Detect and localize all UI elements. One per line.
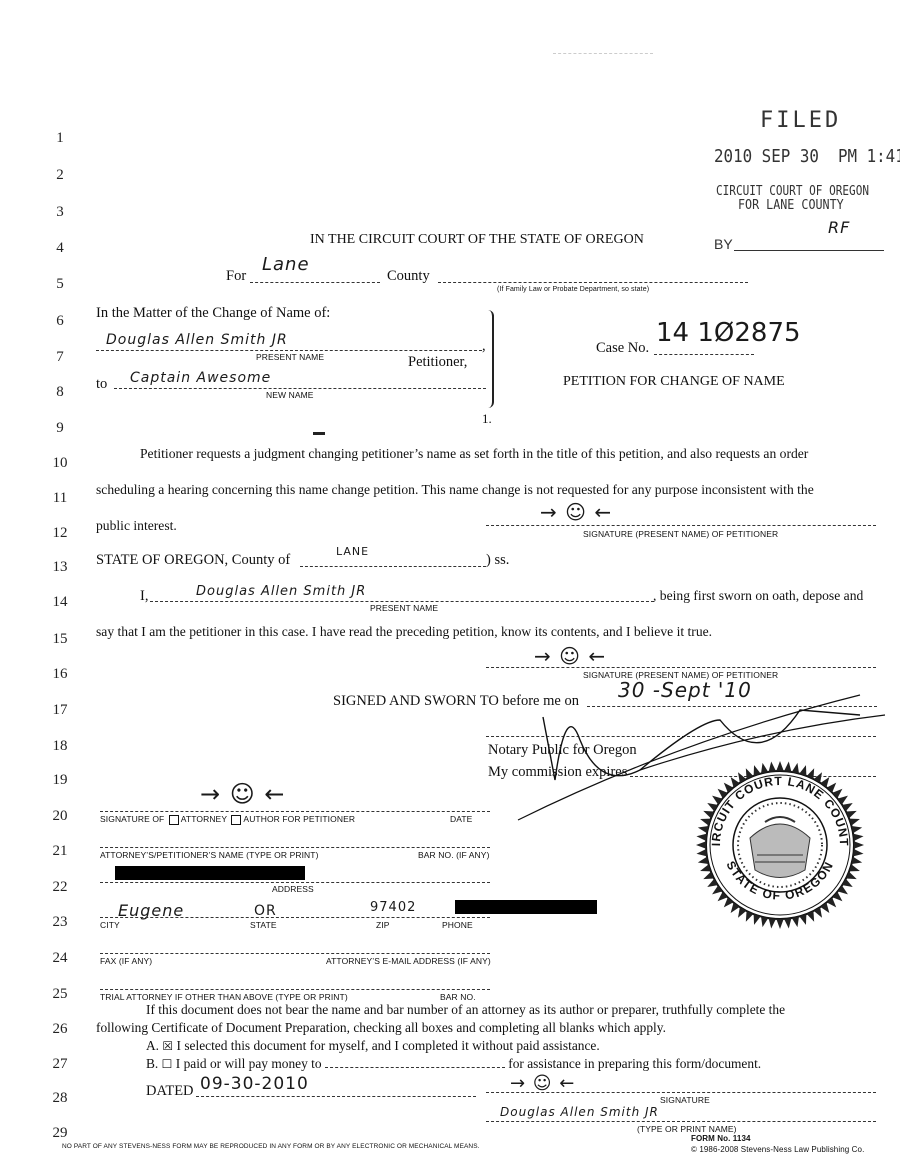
signature-of-label: SIGNATURE OF ATTORNEY AUTHOR FOR PETITIO… [100,814,355,825]
line-number: 26 [40,1021,80,1038]
notary-label: Notary Public for Oregon [488,742,637,759]
line-number: 22 [40,879,80,896]
line-number: 12 [40,525,80,542]
stamp-by-label: BY [714,236,733,252]
line-number: 28 [40,1090,80,1107]
present-name-value: Douglas Allen Smith JR [106,332,288,348]
oath-line-15: say that I am the petitioner in this cas… [96,624,712,640]
oath-signature: → ☺ ← [534,644,606,668]
option-a-letter: A. [146,1038,159,1053]
line-number: 8 [40,384,80,401]
petition-line-11: scheduling a hearing concerning this nam… [96,482,814,498]
faint-mark [553,53,653,54]
option-a: A. ☒ I selected this document for myself… [146,1038,600,1054]
i-label: I, [140,588,148,605]
county-value: Lane [262,254,310,275]
line-number: 3 [40,204,80,221]
certificate-intro-2: following Certificate of Document Prepar… [96,1020,666,1036]
certificate-signature-label: SIGNATURE [660,1095,710,1105]
county-label: County [387,268,430,285]
opt-attorney: ATTORNEY [181,814,227,824]
line-number: 29 [40,1125,80,1142]
fax-label: FAX (IF ANY) [100,956,152,966]
phone-redaction [455,900,597,914]
line-number: 13 [40,559,80,576]
bar-no-label: BAR NO. (IF ANY) [418,850,490,860]
option-b-checkbox[interactable]: ☐ [162,1057,173,1071]
address-redaction [115,866,305,880]
print-name-label: (TYPE OR PRINT NAME) [637,1124,737,1134]
line-number: 10 [40,455,80,472]
print-name-value: Douglas Allen Smith JR [500,1105,659,1119]
for-label: For [226,268,246,285]
line-number: 7 [40,349,80,366]
oath-name-value: Douglas Allen Smith JR [196,584,366,599]
option-b-letter: B. [146,1056,158,1071]
line-number: 1 [40,130,80,147]
state-label: STATE OF OREGON, County of [96,552,290,569]
section-number: 1. [482,411,492,427]
option-b-text-post: for assistance in preparing this form/do… [508,1056,761,1071]
trial-attorney-label: TRIAL ATTORNEY IF OTHER THAN ABOVE (TYPE… [100,992,348,1002]
dated-value: 09-30-2010 [200,1074,309,1094]
oath-name-label: PRESENT NAME [370,603,438,613]
dated-label: DATED [146,1083,194,1100]
attorney-name-label: ATTORNEY’S/PETITIONER’S NAME (TYPE OR PR… [100,850,319,860]
opt-author: AUTHOR FOR PETITIONER [243,814,355,824]
new-name-label: NEW NAME [266,390,314,400]
footer-notice: NO PART OF ANY STEVENS-NESS FORM MAY BE … [62,1143,480,1150]
option-b-text-pre: I paid or will pay money to [176,1056,322,1071]
option-a-checkbox[interactable]: ☒ [162,1039,173,1053]
address-label: ADDRESS [272,884,314,894]
zip-value: 97402 [370,900,416,915]
city-label: CITY [100,920,120,930]
author-checkbox[interactable] [231,815,241,825]
form-number: FORM No. 1134 [691,1134,751,1143]
attorney-signature: → ☺ ← [200,780,286,808]
stamp-datetime: 2010 SEP 30 PM 1:41 [714,146,900,167]
option-b: B. ☐ I paid or will pay money to for ass… [146,1056,761,1072]
court-seal: CIRCUIT COURT LANE COUNTY STATE OF OREGO… [695,760,865,930]
signed-date-value: 30 -Sept '10 [618,678,752,702]
line-number: 23 [40,914,80,931]
court-title: IN THE CIRCUIT COURT OF THE STATE OF ORE… [310,232,644,248]
attorney-checkbox[interactable] [169,815,179,825]
option-a-text: I selected this document for myself, and… [177,1038,600,1053]
line-number: 15 [40,631,80,648]
state-label: STATE [250,920,277,930]
oath-county-value: LANE [336,545,369,558]
stamp-initials: RF [828,218,850,237]
sworn-text: , being first sworn on oath, depose and [653,588,863,604]
line-number: 19 [40,772,80,789]
stamp-court-line2: FOR LANE COUNTY [738,198,844,213]
line-number: 9 [40,420,80,437]
line-number: 25 [40,986,80,1003]
line-number: 17 [40,702,80,719]
case-no-label: Case No. [596,340,649,357]
line-number: 21 [40,843,80,860]
commission-label: My commission expires [488,764,627,781]
line-number: 2 [40,167,80,184]
petition-signature: → ☺ ← [540,500,612,524]
line-number: 24 [40,950,80,967]
line-number: 5 [40,276,80,293]
line-number: 6 [40,313,80,330]
trial-bar-label: BAR NO. [440,992,476,1002]
petition-line-12: public interest. [96,518,177,534]
caption-brace [482,310,494,408]
email-label: ATTORNEY’S E-MAIL ADDRESS (IF ANY) [326,956,491,966]
petitioner-label: Petitioner, [408,354,467,371]
line-number: 14 [40,594,80,611]
new-name-value: Captain Awesome [130,370,271,386]
dept-note: (If Family Law or Probate Department, so… [497,286,649,293]
line-number: 16 [40,666,80,683]
petition-signature-label: SIGNATURE (PRESENT NAME) OF PETITIONER [583,529,778,539]
signed-sworn-label: SIGNED AND SWORN TO before me on [333,693,579,710]
matter-label: In the Matter of the Change of Name of: [96,305,330,322]
signature-of-text: SIGNATURE OF [100,814,164,824]
petition-line-10: Petitioner requests a judgment changing … [140,446,808,462]
present-name-label: PRESENT NAME [256,352,324,362]
ss-label: ) ss. [486,552,509,569]
petition-title: PETITION FOR CHANGE OF NAME [563,374,785,390]
line-number: 18 [40,738,80,755]
copyright: © 1986-2008 Stevens-Ness Law Publishing … [691,1145,864,1154]
line-number: 11 [40,490,80,507]
phone-label: PHONE [442,920,473,930]
to-label: to [96,376,107,393]
stamp-filed: FILED [760,108,841,133]
date-label: DATE [450,814,472,824]
certificate-intro-1: If this document does not bear the name … [146,1002,785,1018]
line-number: 20 [40,808,80,825]
line-number: 27 [40,1056,80,1073]
stamp-court-line1: CIRCUIT COURT OF OREGON [716,184,869,199]
stray-mark [313,432,325,435]
zip-label: ZIP [376,920,390,930]
line-number: 4 [40,240,80,257]
certificate-signature: → ☺ ← [510,1073,575,1094]
case-no-value: 14 1Ø2875 [656,318,801,348]
